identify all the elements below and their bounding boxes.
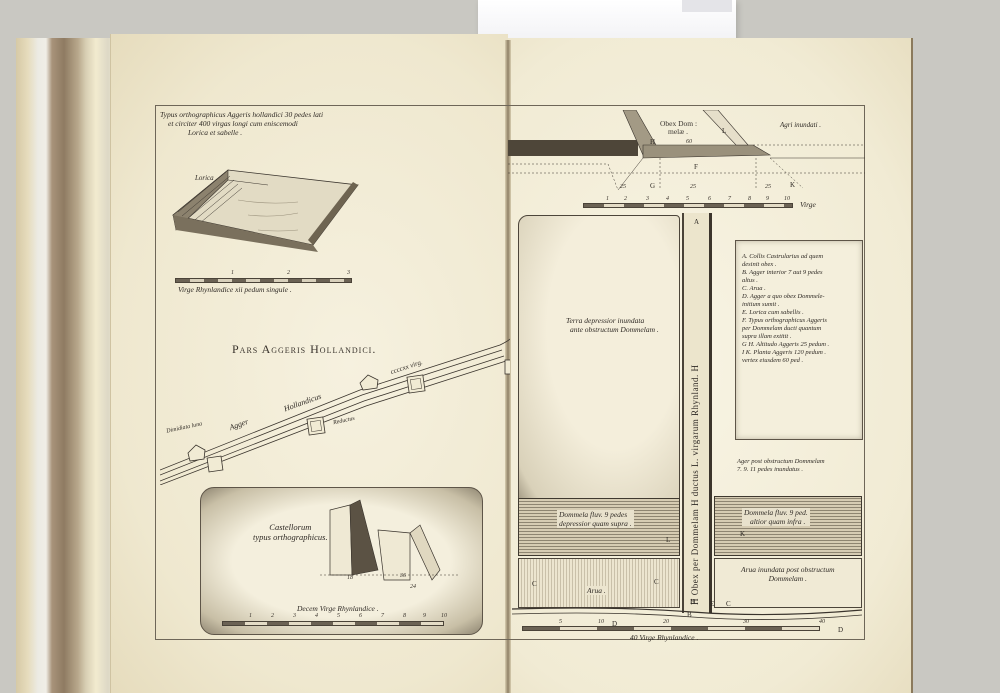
dike-map	[160, 335, 510, 485]
bottom-scale-caption: 40 Virge Rhynlandice .	[630, 633, 698, 642]
legend-item: E. Lorica cum sabellis .	[742, 309, 862, 317]
caption-line: Arua inundata post obstructum	[741, 565, 835, 574]
tick: 10	[784, 196, 790, 202]
section-scale-bar	[583, 203, 793, 208]
dim-label: 25	[690, 184, 696, 190]
tick: 9	[423, 613, 426, 619]
legend-item: F. Typus orthographicus Aggeris	[742, 317, 862, 325]
caption-line: depressior quam supra .	[559, 519, 632, 528]
tick: 8	[403, 613, 406, 619]
letter-f: F	[694, 163, 698, 171]
caption-line: et circiter 400 virgas longi cum eniscem…	[160, 119, 400, 128]
legend-list: A. Collis Castrularius ad quem desinit o…	[742, 253, 862, 365]
tick: 10	[598, 619, 604, 625]
tick: 1	[231, 270, 234, 276]
typus-caption: Typus orthographicus Aggeris hollandici …	[160, 110, 400, 137]
caption-line: altior quam infra .	[744, 517, 808, 526]
caption-line: Dommela fluv. 9 ped.	[744, 508, 808, 517]
caption-line: typus orthographicus.	[253, 532, 328, 542]
letter-d: D	[838, 626, 843, 634]
tick: 1	[249, 613, 252, 619]
vertical-obex-label: H Obex per Dommelam H ductus L. virgarum…	[690, 230, 700, 605]
bottom-scale-bar	[522, 626, 820, 631]
dim-label: 24	[410, 584, 416, 590]
tick: 5	[337, 613, 340, 619]
tick: 7	[381, 613, 384, 619]
caption-line: Ager post obstructum Dommelam	[737, 458, 825, 466]
tick: 9	[766, 196, 769, 202]
dommela-left-label: Dommela fluv. 9 pedes depressior quam su…	[557, 510, 634, 528]
dim-label: 36	[400, 573, 406, 579]
tick: 10	[441, 613, 447, 619]
tick: 30	[743, 619, 749, 625]
legend-item: initium sumit .	[742, 301, 862, 309]
legend-item: per Dommelam ducti quantum	[742, 325, 862, 333]
letter-k: K	[740, 530, 745, 538]
castellorum-title: Castellorum typus orthographicus.	[253, 522, 328, 542]
legend-item: B. Agger interior 7 aut 9 pedes	[742, 269, 862, 277]
legend-item: desinit obex .	[742, 261, 862, 269]
letter-a: A	[694, 218, 699, 226]
legend-item: G H. Altitudo Aggeris 25 pedum .	[742, 341, 862, 349]
lower-dike-lines	[512, 606, 862, 620]
tick: 2	[624, 196, 627, 202]
caption-line: Typus orthographicus Aggeris hollandici …	[160, 110, 400, 119]
caption-line: 7. 9. 11 pedes inundatus .	[737, 466, 825, 474]
tick: 6	[708, 196, 711, 202]
arua-label: Arua .	[585, 586, 608, 595]
letter-c: C	[654, 578, 659, 586]
tick: 3	[347, 270, 350, 276]
legend-item: altus .	[742, 277, 862, 285]
castellorum-scale-caption: Decem Virge Rhynlandice .	[297, 604, 379, 613]
letter-k: K	[790, 181, 795, 189]
letter-h: H	[690, 598, 695, 606]
paper-slip-tab	[682, 0, 732, 12]
castellorum-scale-ticks: 1 2 3 4 5 6 7 8 9 10	[225, 613, 450, 621]
book-page-edges	[16, 38, 116, 693]
arua-inundata-label: Arua inundata post obstructum Dommelam .	[741, 565, 835, 583]
tick: 5	[559, 619, 562, 625]
castellorum-illustration	[320, 495, 460, 585]
dim-label: 60	[686, 139, 692, 145]
small-scale-bar	[175, 278, 352, 283]
tick: 8	[748, 196, 751, 202]
tick: 1	[606, 196, 609, 202]
castellorum-scale-bar	[222, 621, 444, 626]
caption-line: ante obstructum Dommelam .	[566, 325, 659, 334]
caption-line: melæ .	[660, 128, 697, 136]
dim-label: 18	[347, 575, 353, 581]
letter-h: H	[650, 138, 655, 146]
tick: 4	[666, 196, 669, 202]
caption-line: Castellorum	[253, 522, 328, 532]
obex-label: Obex Dom : melæ .	[660, 120, 697, 136]
tick: 6	[359, 613, 362, 619]
tick: 40	[819, 619, 825, 625]
letter-l: L	[722, 127, 726, 135]
dim-label: 25	[620, 184, 626, 190]
caption-line: Dommelam .	[741, 574, 835, 583]
terra-label: Terra depressior inundata ante obstructu…	[566, 316, 659, 334]
ager-caption: Ager post obstructum Dommelam 7. 9. 11 p…	[737, 458, 825, 474]
legend-item: C. Arua .	[742, 285, 862, 293]
letter-g: G	[650, 182, 655, 190]
small-scale-caption: Virge Rhynlandice xii pedum singule .	[178, 285, 292, 294]
caption-line: Lorica et sabelle .	[160, 128, 400, 137]
dim-label: 25	[765, 184, 771, 190]
tick: 20	[663, 619, 669, 625]
legend-item: vertex eiusdem 60 ped .	[742, 357, 862, 365]
lorica-label: Lorica	[195, 174, 214, 182]
tick: 3	[646, 196, 649, 202]
section-scale-caption: Virge	[800, 200, 816, 209]
tick: 7	[728, 196, 731, 202]
letter-l: L	[666, 536, 670, 544]
dommela-river-right	[714, 496, 862, 556]
legend-item: I K. Planta Aggeris 120 pedum .	[742, 349, 862, 357]
dommela-right-label: Dommela fluv. 9 ped. altior quam infra .	[742, 508, 810, 526]
caption-line: Dommela fluv. 9 pedes	[559, 510, 632, 519]
legend-item: A. Collis Castrularius ad quem	[742, 253, 862, 261]
tick: 4	[315, 613, 318, 619]
legend-item: D. Agger a quo obex Dommele-	[742, 293, 862, 301]
tick: 5	[686, 196, 689, 202]
legend-item: supra illam extitit .	[742, 333, 862, 341]
agri-label: Agri inundati .	[780, 121, 821, 129]
terra-depressior-area	[518, 215, 680, 500]
tick: 2	[287, 270, 290, 276]
tick: 3	[293, 613, 296, 619]
caption-line: Terra depressior inundata	[566, 316, 659, 325]
letter-c: C	[532, 580, 537, 588]
tick: 2	[271, 613, 274, 619]
